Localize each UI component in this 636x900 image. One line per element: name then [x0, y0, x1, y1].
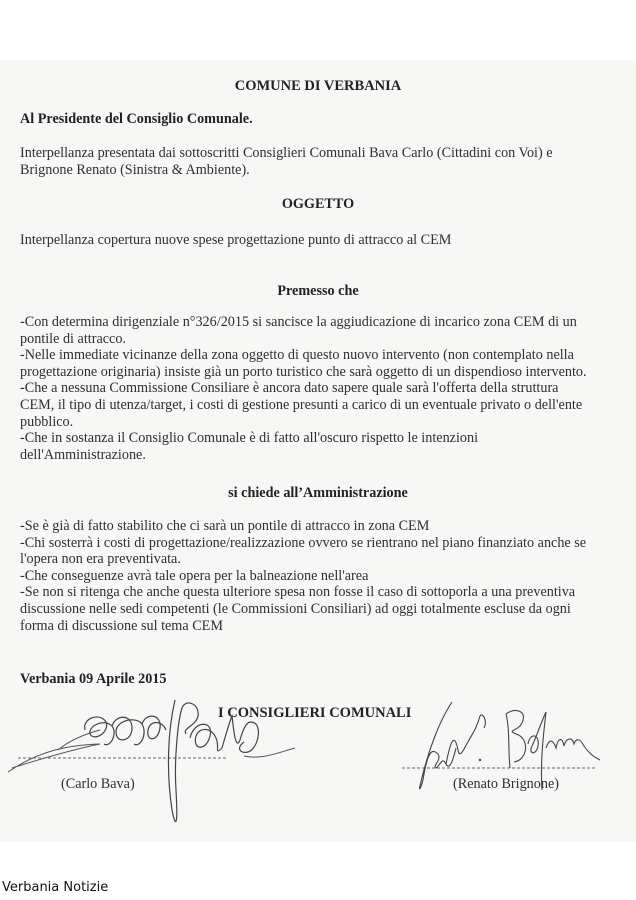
premise-heading: Premesso che [0, 283, 636, 300]
signature-renato-brignone [380, 690, 636, 820]
premise-line: -Che in sostanza il Consiglio Comunale è… [20, 430, 620, 447]
request-line: l'opera non era preventivata. [20, 551, 620, 568]
premise-line: -Che a nessuna Commissione Consiliare è … [20, 380, 620, 397]
request-list: -Se è già di fatto stabilito che ci sarà… [20, 518, 620, 634]
intro-paragraph: Interpellanza presentata dai sottoscritt… [20, 145, 620, 178]
intro-line: Brignone Renato (Sinistra & Ambiente). [20, 162, 620, 179]
request-line: -Che conseguenze avrà tale opera per la … [20, 568, 620, 585]
addressee: Al Presidente del Consiglio Comunale. [20, 111, 253, 128]
premise-list: -Con determina dirigenziale n°326/2015 s… [20, 314, 620, 463]
signature-carlo-bava [0, 690, 320, 850]
signatory-name-renato-brignone: (Renato Brignone) [453, 776, 559, 793]
premise-line: -Nelle immediate vicinanze della zona og… [20, 347, 620, 364]
premise-line: -Con determina dirigenziale n°326/2015 s… [20, 314, 620, 331]
request-line: -Chi sosterrà i costi di progettazione/r… [20, 535, 620, 552]
date-line: Verbania 09 Aprile 2015 [20, 671, 166, 688]
premise-line: CEM, il tipo di utenza/target, i costi d… [20, 397, 620, 414]
premise-line: dell'Amministrazione. [20, 447, 620, 464]
subject-heading: OGGETTO [0, 196, 636, 213]
request-line: -Se è già di fatto stabilito che ci sarà… [20, 518, 620, 535]
subject-text: Interpellanza copertura nuove spese prog… [20, 232, 451, 249]
request-line: forma di discussione sul tema CEM [20, 618, 620, 635]
request-heading: si chiede all’Amministrazione [0, 485, 636, 502]
premise-line: pontile di attracco. [20, 331, 620, 348]
premise-line: pubblico. [20, 414, 620, 431]
signatory-name-carlo-bava: (Carlo Bava) [61, 776, 135, 793]
intro-line: Interpellanza presentata dai sottoscritt… [20, 145, 620, 162]
request-line: -Se non si ritenga che anche questa ulte… [20, 584, 620, 601]
premise-line: progettazione originaria) insiste già un… [20, 364, 620, 381]
document-header: COMUNE DI VERBANIA [0, 78, 636, 95]
request-line: discussione nelle sedi competenti (le Co… [20, 601, 620, 618]
source-credit: Verbania Notizie [2, 880, 108, 895]
